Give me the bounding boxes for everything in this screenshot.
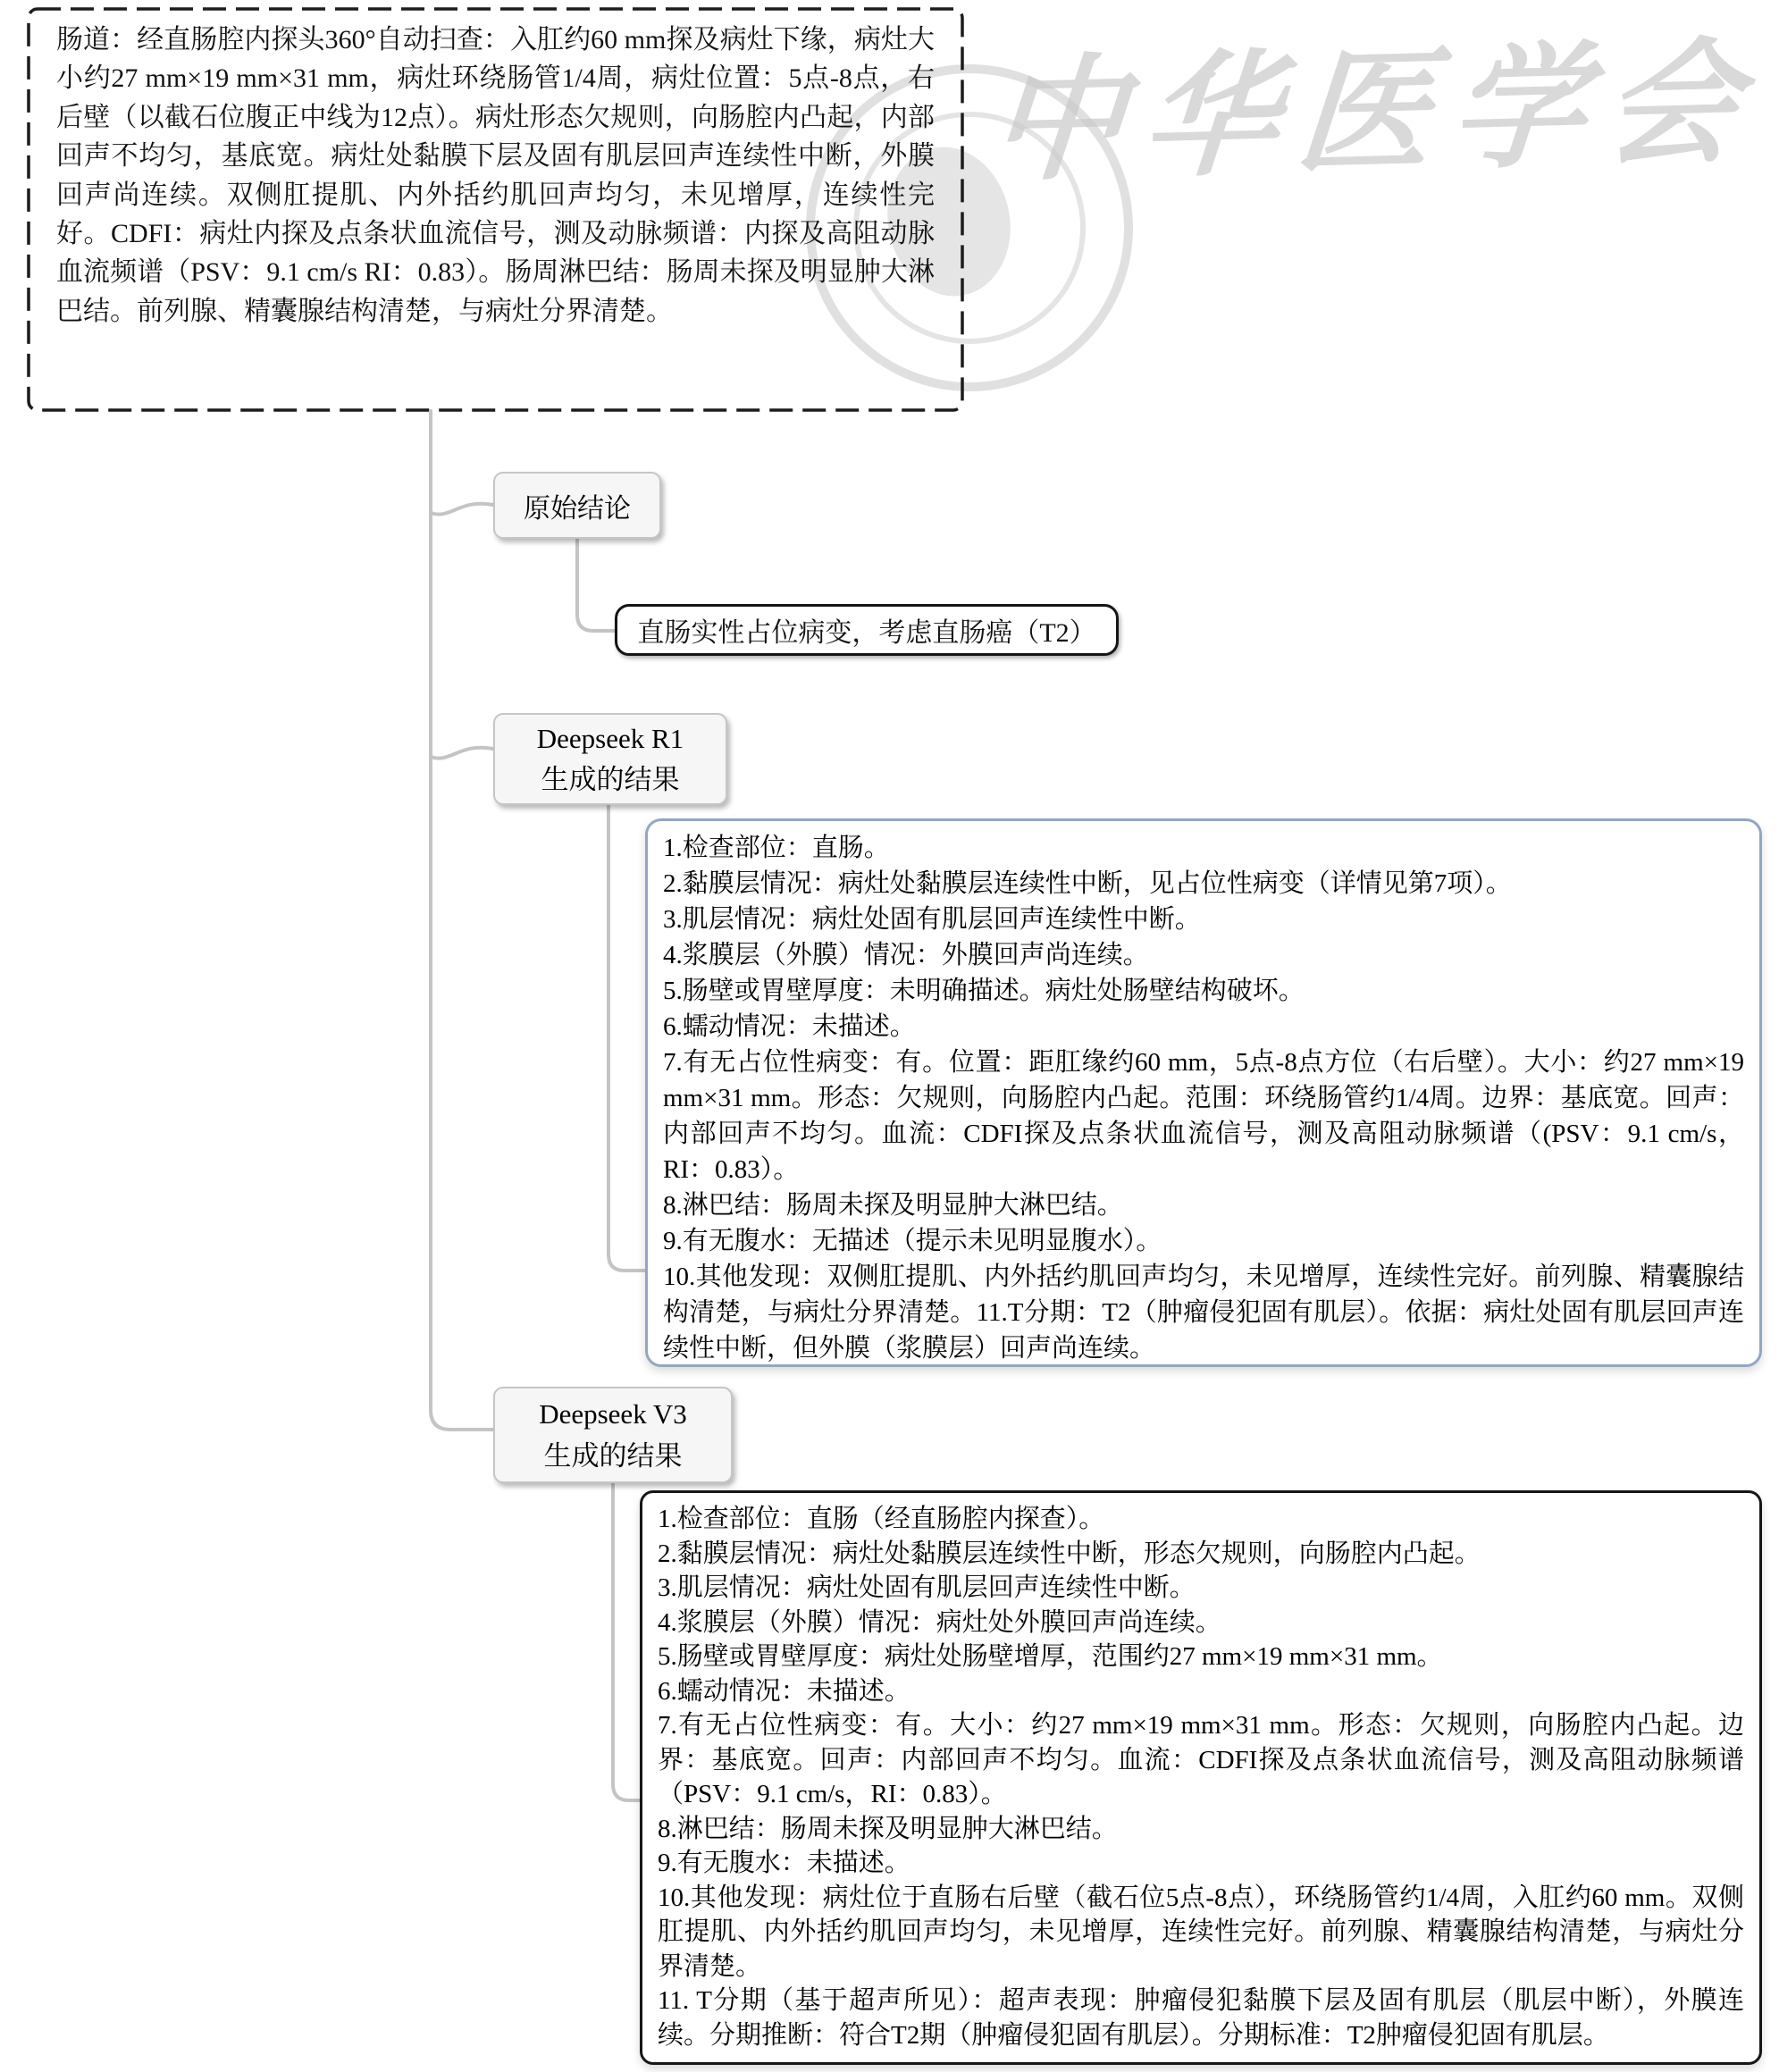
node-deepseek-v3-subtitle: 生成的结果 <box>544 1435 683 1477</box>
r1-result-item: 7.有无占位性病变：有。位置：距肛缘约60 mm，5点-8点方位（右后壁）。大小… <box>663 1044 1744 1187</box>
r1-result-item: 1.检查部位：直肠。 <box>663 830 1744 866</box>
v3-results-box[interactable]: 1.检查部位：直肠（经直肠腔内探查）。 2.黏膜层情况：病灶处黏膜层连续性中断，… <box>640 1490 1762 2065</box>
r1-result-item: 5.肠壁或胃壁厚度：未明确描述。病灶处肠壁结构破坏。 <box>663 973 1744 1009</box>
r1-results-box[interactable]: 1.检查部位：直肠。 2.黏膜层情况：病灶处黏膜层连续性中断，见占位性病变（详情… <box>645 818 1762 1367</box>
r1-result-item: 6.蠕动情况：未描述。 <box>663 1009 1744 1044</box>
r1-result-item: 2.黏膜层情况：病灶处黏膜层连续性中断，见占位性病变（详情见第7项）。 <box>663 866 1744 902</box>
node-deepseek-r1-subtitle: 生成的结果 <box>541 759 680 801</box>
ultrasound-report-text: 肠道：经直肠腔内探头360°自动扫查：入肛约60 mm探及病灶下缘，病灶大小约2… <box>56 25 935 326</box>
node-deepseek-r1[interactable]: Deepseek R1 生成的结果 <box>493 713 727 805</box>
v3-result-item: 7.有无占位性病变：有。大小：约27 mm×19 mm×31 mm。形态：欠规则… <box>658 1708 1744 1812</box>
mindmap-figure: 中华医学会 肠道：经直肠腔内探头360°自动扫查：入肛约60 mm探及病灶下缘，… <box>0 0 1779 2072</box>
original-conclusion-detail-box[interactable]: 直肠实性占位病变，考虑直肠癌（T2） <box>615 604 1119 656</box>
node-original-conclusion[interactable]: 原始结论 <box>493 472 661 539</box>
ultrasound-report-text-box: 肠道：经直肠腔内探头360°自动扫查：入肛约60 mm探及病灶下缘，病灶大小约2… <box>27 7 962 410</box>
v3-result-item: 2.黏膜层情况：病灶处黏膜层连续性中断，形态欠规则，向肠腔内凸起。 <box>658 1537 1744 1572</box>
v3-result-item: 9.有无腹水：未描述。 <box>658 1846 1744 1881</box>
v3-result-item: 10.其他发现：病灶位于直肠右后壁（截石位5点-8点），环绕肠管约1/4周，入肛… <box>658 1881 1744 1984</box>
v3-result-item: 3.肌层情况：病灶处固有肌层回声连续性中断。 <box>658 1571 1744 1606</box>
node-original-conclusion-label: 原始结论 <box>524 486 631 525</box>
v3-result-item: 6.蠕动情况：未描述。 <box>658 1674 1744 1709</box>
v3-result-item: 5.肠壁或胃壁厚度：病灶处肠壁增厚，范围约27 mm×19 mm×31 mm。 <box>658 1640 1744 1674</box>
node-deepseek-v3[interactable]: Deepseek V3 生成的结果 <box>493 1387 733 1483</box>
v3-result-item: 8.淋巴结：肠周未探及明显肿大淋巴结。 <box>658 1812 1744 1847</box>
r1-result-item: 8.淋巴结：肠周未探及明显肿大淋巴结。 <box>663 1187 1744 1223</box>
original-conclusion-detail-text: 直肠实性占位病变，考虑直肠癌（T2） <box>637 610 1095 650</box>
r1-result-item: 4.浆膜层（外膜）情况：外膜回声尚连续。 <box>663 937 1744 973</box>
v3-result-item: 11. T分期（基于超声所见）：超声表现：肿瘤侵犯黏膜下层及固有肌层（肌层中断）… <box>658 1984 1744 2052</box>
r1-result-item: 10.其他发现：双侧肛提肌、内外括约肌回声均匀，未见增厚，连续性完好。前列腺、精… <box>663 1259 1744 1366</box>
node-deepseek-v3-title: Deepseek V3 <box>539 1393 687 1435</box>
r1-result-item: 9.有无腹水：无描述（提示未见明显腹水）。 <box>663 1223 1744 1259</box>
r1-result-item: 3.肌层情况：病灶处固有肌层回声连续性中断。 <box>663 902 1744 937</box>
v3-result-item: 4.浆膜层（外膜）情况：病灶处外膜回声尚连续。 <box>658 1606 1744 1640</box>
v3-result-item: 1.检查部位：直肠（经直肠腔内探查）。 <box>658 1502 1744 1537</box>
node-deepseek-r1-title: Deepseek R1 <box>537 718 684 759</box>
